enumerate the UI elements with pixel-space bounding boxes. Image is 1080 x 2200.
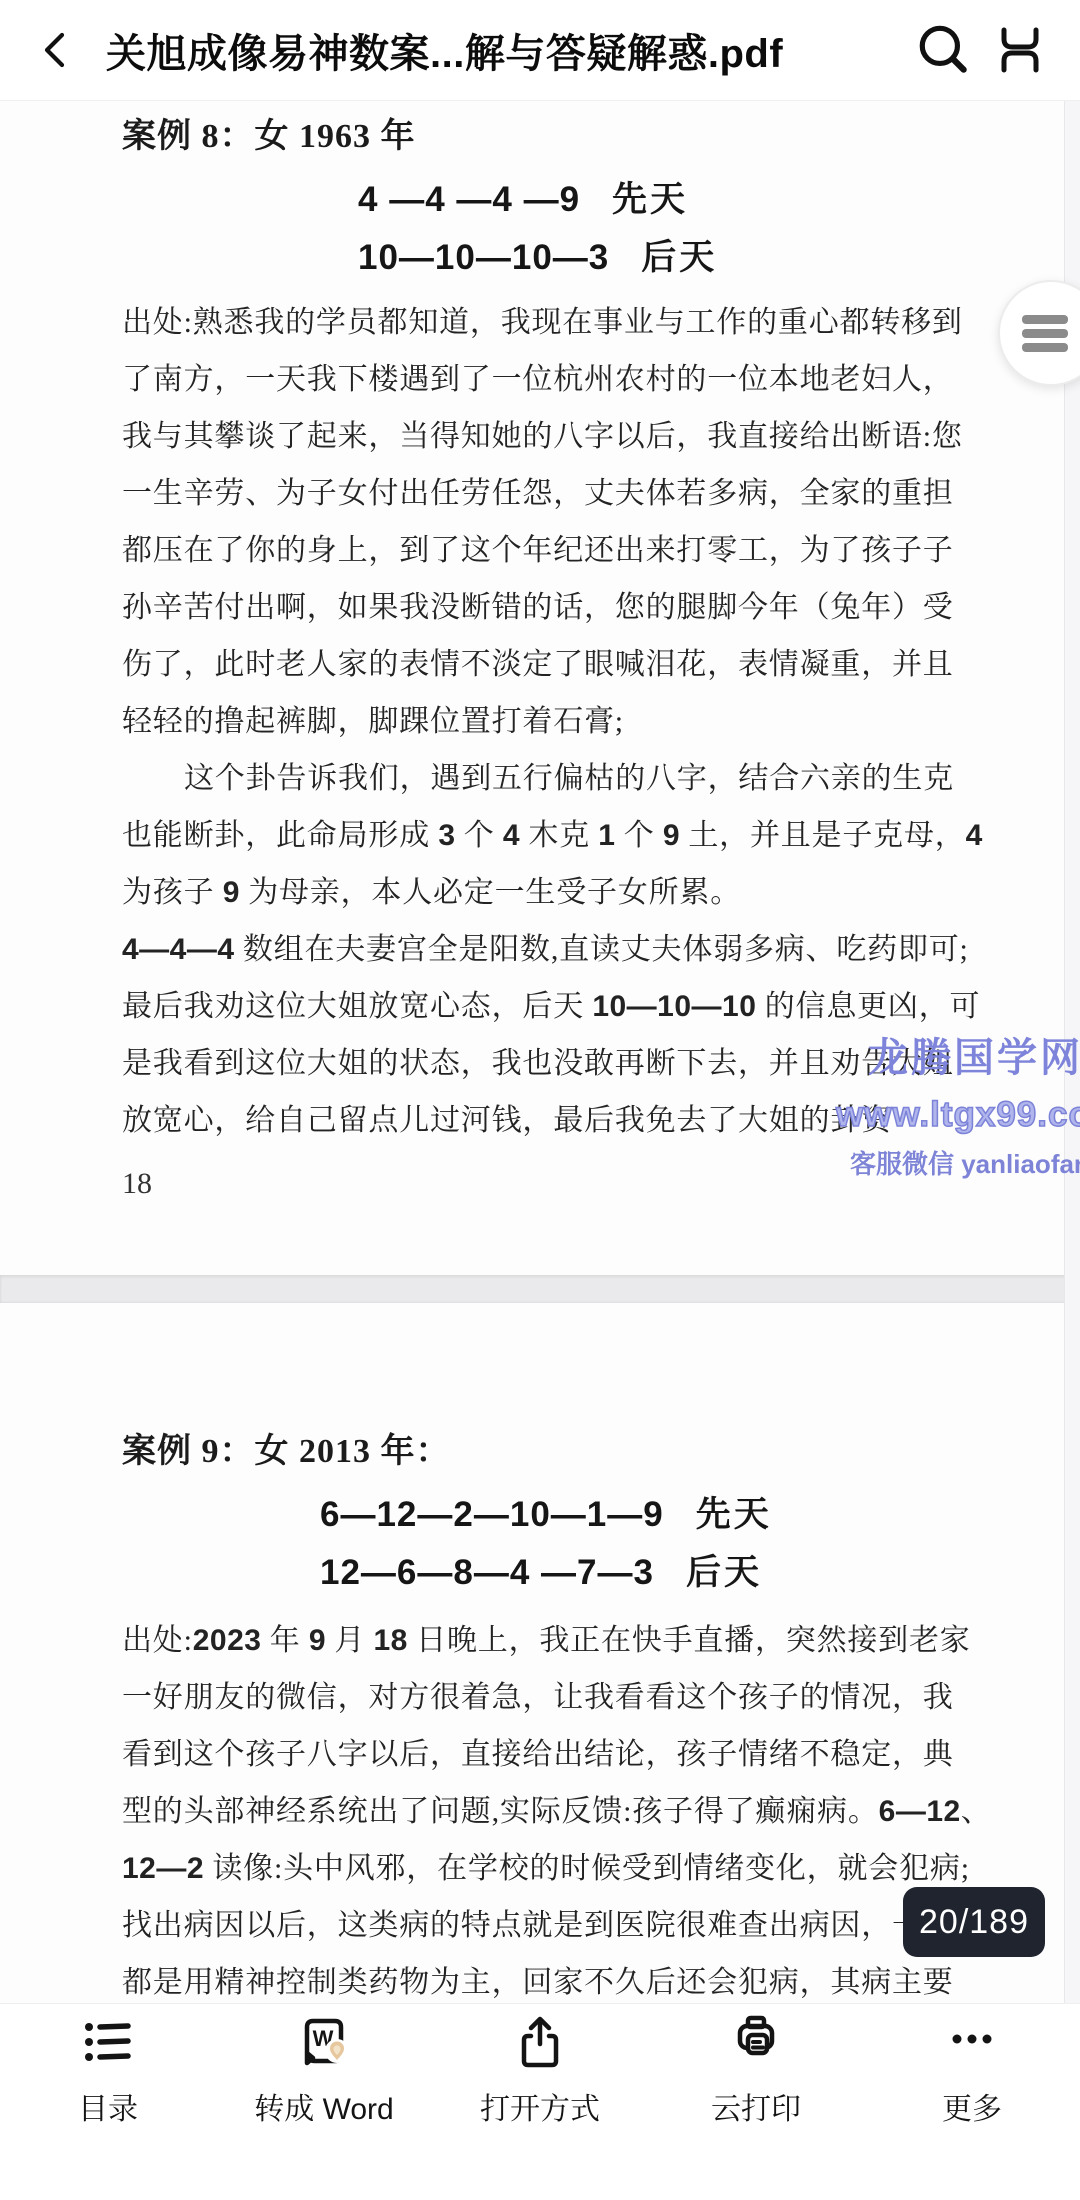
toolbar-label-open-with: 打开方式: [480, 2084, 600, 2128]
page-separator: [0, 1275, 1080, 1303]
text-line: 为孩子 9 为母亲，本人必定一生受子女所累。: [122, 864, 962, 921]
text-line: 4—4—4 数组在夫妻宫全是阳数,直读丈夫体弱多病、吃药即可;: [122, 921, 962, 978]
text-line: 放宽心，给自己留点儿过河钱，最后我免去了大姐的卦资: [122, 1092, 962, 1149]
document-title: 关旭成像易神数案...解与答疑解惑.pdf: [106, 22, 912, 79]
top-bar: 关旭成像易神数案...解与答疑解惑.pdf: [0, 0, 1080, 101]
back-button[interactable]: [22, 15, 92, 85]
toc-list-icon: [78, 2012, 138, 2072]
text-line: 孙辛苦付出啊，如果我没断错的话，您的腿脚今年（兔年）受: [122, 579, 962, 636]
text-line: 了南方，一天我下楼遇到了一位杭州农村的一位本地老妇人，: [122, 351, 962, 408]
numbers-row: 10—10—10—3后天: [358, 235, 962, 281]
text-line: 最后我劝这位大姐放宽心态，后天 10—10—10 的信息更凶，可: [122, 978, 962, 1035]
paragraph: 出处:熟悉我的学员都知道，我现在事业与工作的重心都转移到了南方，一天我下楼遇到了…: [122, 294, 962, 1149]
text-line: 都是用精神控制类药物为主，回家不久后还会犯病，其病主要: [122, 1954, 962, 2003]
text-line: 是我看到这位大姐的状态，我也没敢再断下去，并且劝告大姐: [122, 1035, 962, 1092]
paragraph: 出处:2023 年 9 月 18 日晚上，我正在快手直播，突然接到老家一好朋友的…: [122, 1612, 962, 2003]
toolbar-label-convert-word: 转成 Word: [254, 2084, 393, 2128]
reflow-view-button[interactable]: [988, 18, 1052, 82]
document-scroll-area[interactable]: 案例 8：女 1963 年4 —4 —4 —9先天10—10—10—3后天出处:…: [0, 100, 1080, 2003]
page-number: 18: [122, 1167, 962, 1201]
convert-to-word-icon: W: [294, 2012, 354, 2072]
text-line: 12—2 读像:头中风邪，在学校的时候受到情绪变化，就会犯病;: [122, 1840, 962, 1897]
open-with-icon: [510, 2012, 570, 2072]
toolbar-label-more: 更多: [942, 2084, 1002, 2128]
numbers-row: 12—6—8—4 —7—3后天: [320, 1550, 962, 1596]
chevron-left-icon: [35, 28, 79, 72]
numbers-row: 6—12—2—10—1—9先天: [320, 1492, 962, 1538]
toolbar-label-toc: 目录: [78, 2084, 138, 2128]
toolbar-item-convert-word[interactable]: W 转成 Word: [216, 2004, 432, 2128]
pdf-page-18: 案例 8：女 1963 年4 —4 —4 —9先天10—10—10—3后天出处:…: [0, 100, 1080, 1275]
text-line: 出处:熟悉我的学员都知道，我现在事业与工作的重心都转移到: [122, 294, 962, 351]
toolbar-item-cloud-print[interactable]: 云打印: [648, 2004, 864, 2128]
search-button[interactable]: [912, 18, 976, 82]
text-line: 出处:2023 年 9 月 18 日晚上，我正在快手直播，突然接到老家: [122, 1612, 962, 1669]
toolbar-item-more[interactable]: 更多: [864, 2004, 1080, 2128]
text-line: 找出病因以后，这类病的特点就是到医院很难查出病因，一般: [122, 1897, 962, 1954]
case-heading: 案例 9：女 2013 年：: [122, 1429, 962, 1475]
toolbar-item-toc[interactable]: 目录: [0, 2004, 216, 2128]
text-line: 型的头部神经系统出了问题,实际反馈:孩子得了癫痫病。6—12、: [122, 1783, 962, 1840]
page-18-content: 案例 8：女 1963 年4 —4 —4 —9先天10—10—10—3后天出处:…: [0, 114, 1080, 1201]
page-indicator-badge[interactable]: 20/189: [903, 1887, 1045, 1957]
toolbar-label-cloud-print: 云打印: [711, 2084, 801, 2128]
text-line: 我与其攀谈了起来，当得知她的八字以后，我直接给出断语:您: [122, 408, 962, 465]
text-line: 看到这个孩子八字以后，直接给出结论，孩子情绪不稳定，典: [122, 1726, 962, 1783]
text-line: 一好朋友的微信，对方很着急，让我看看这个孩子的情况，我: [122, 1669, 962, 1726]
text-line: 都压在了你的身上，到了这个年纪还出来打零工，为了孩子子: [122, 522, 962, 579]
hamburger-icon: [1022, 315, 1080, 352]
toolbar-item-open-with[interactable]: 打开方式: [432, 2004, 648, 2128]
text-line: 也能断卦，此命局形成 3 个 4 木克 1 个 9 土，并且是子克母，4: [122, 807, 962, 864]
cloud-print-icon: [726, 2012, 786, 2072]
reflow-view-icon: [991, 21, 1049, 79]
text-line: 伤了，此时老人家的表情不淡定了眼喊泪花，表情凝重，并且: [122, 636, 962, 693]
text-line: 这个卦告诉我们，遇到五行偏枯的八字，结合六亲的生克: [122, 750, 962, 807]
search-icon: [914, 20, 974, 80]
case-heading: 案例 8：女 1963 年: [122, 114, 962, 160]
text-line: 轻轻的撸起裤脚，脚踝位置打着石膏;: [122, 693, 962, 750]
text-line: 一生辛劳、为子女付出任劳任怨，丈夫体若多病，全家的重担: [122, 465, 962, 522]
more-dots-icon: [942, 2012, 1002, 2072]
bottom-toolbar: 目录 W 转成 Word 打开方式: [0, 2003, 1080, 2200]
numbers-row: 4 —4 —4 —9先天: [358, 177, 962, 223]
